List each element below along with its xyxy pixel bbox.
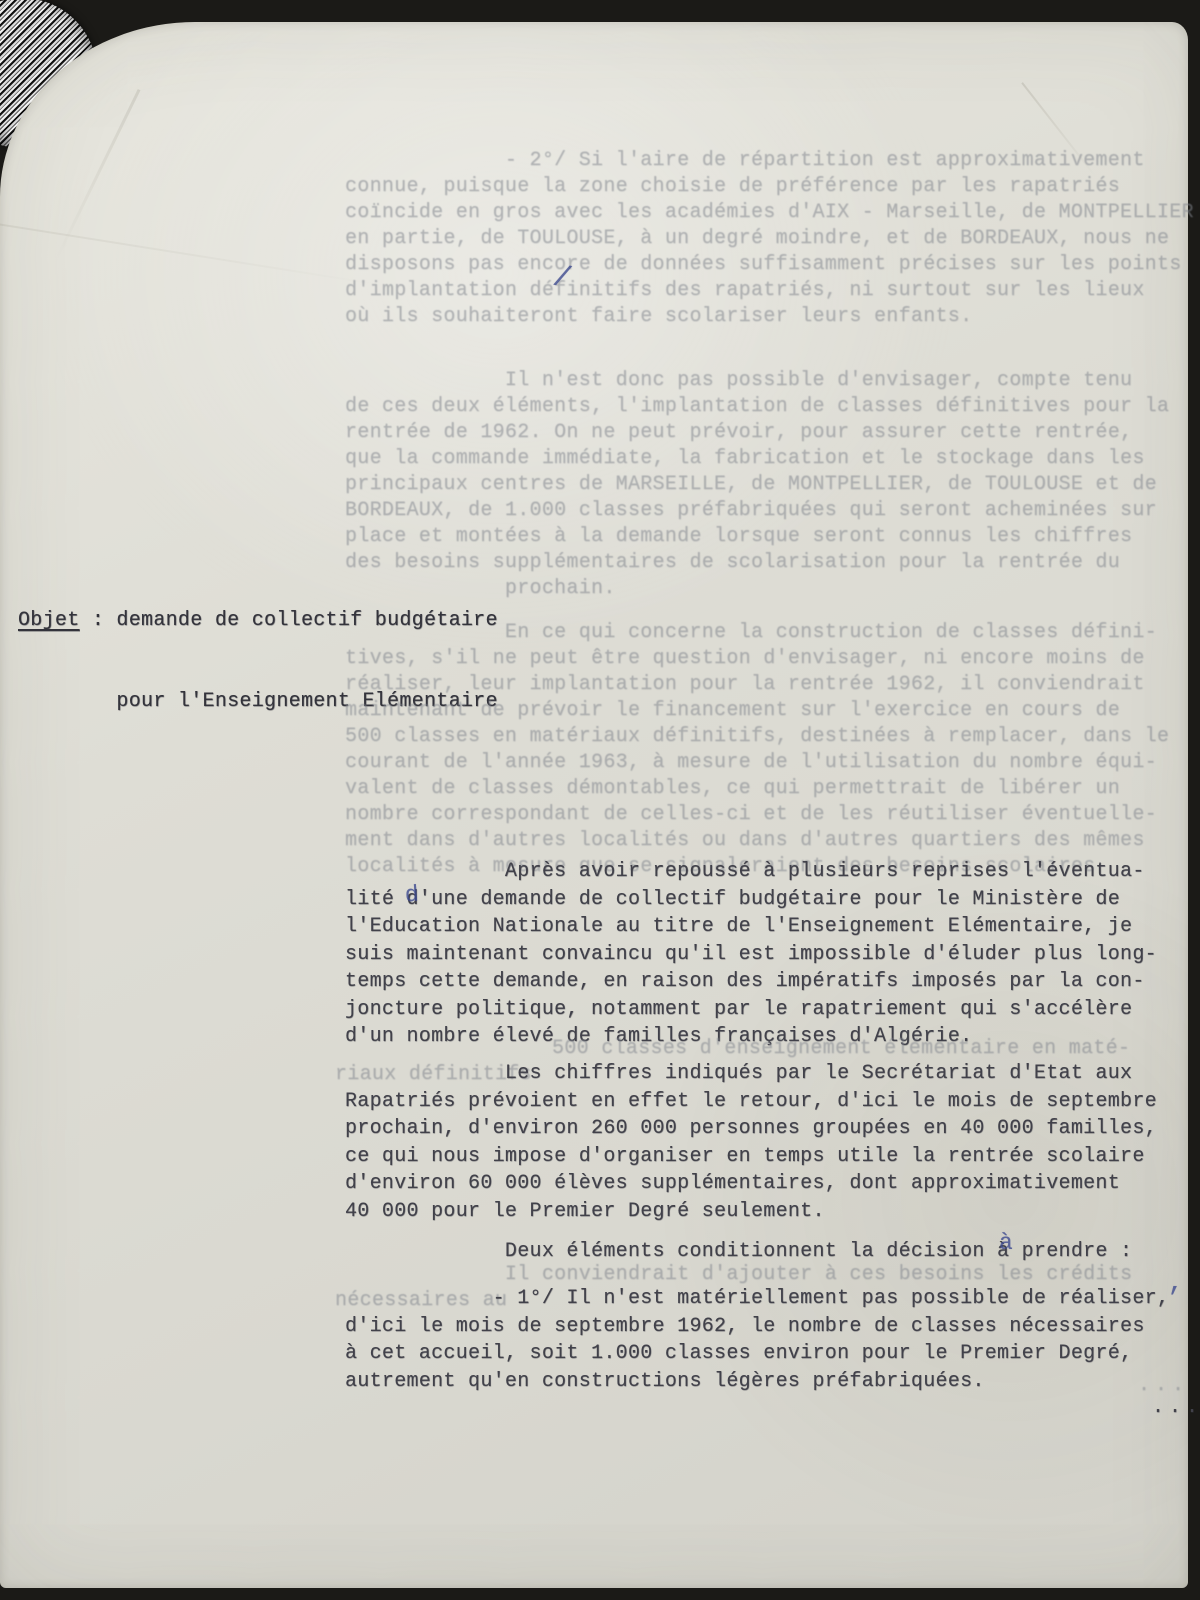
body-paragraph-2-line: 40 000 pour le Premier Degré seulement. [345, 1198, 1157, 1226]
bleedthrough-paragraph-2-line: que la commande immédiate, la fabricatio… [345, 446, 1169, 472]
bleedthrough-paragraph-1: - 2°/ Si l'aire de répartition est appro… [345, 148, 1194, 330]
body-paragraph-2-line: d'environ 60 000 élèves supplémentaires,… [345, 1170, 1157, 1198]
bleedthrough-paragraph-3-line: courant de l'année 1963, à mesure de l'u… [345, 750, 1169, 776]
text-layer: Objet : demande de collectif budgétaire … [0, 0, 1200, 1600]
bleedthrough-fragment-1: 500 classes d'enseignement élémentaire e… [552, 1036, 1130, 1062]
body-paragraph-1-line: suis maintenant convaincu qu'il est impo… [345, 941, 1157, 969]
bleedthrough-paragraph-3-line: tives, s'il ne peut être question d'envi… [345, 646, 1169, 672]
body-paragraph-2: Les chiffres indiqués par le Secrétariat… [345, 1060, 1157, 1225]
bleedthrough-paragraph-3-line: réaliser, leur implantation pour la rent… [345, 672, 1169, 698]
body-paragraph-2-line: prochain, d'environ 260 000 personnes gr… [345, 1115, 1157, 1143]
body-paragraph-4-line: autrement qu'en constructions légères pr… [345, 1368, 1169, 1396]
bleedthrough-paragraph-1-line: - 2°/ Si l'aire de répartition est appro… [345, 148, 1194, 174]
object-label: Objet [18, 609, 80, 632]
body-paragraph-4: - 1°/ Il n'est matériellement pas possib… [345, 1285, 1169, 1395]
ellipsis-dark: ... [1152, 1396, 1200, 1420]
bleedthrough-paragraph-3: En ce qui concerne la construction de cl… [345, 620, 1169, 880]
bleedthrough-paragraph-2-line: rentrée de 1962. On ne peut prévoir, pou… [345, 420, 1169, 446]
pen-annotation: d [404, 882, 420, 909]
body-paragraph-1: Après avoir repoussé à plusieurs reprise… [345, 858, 1157, 1051]
bleedthrough-paragraph-3-line: En ce qui concerne la construction de cl… [345, 620, 1169, 646]
bleedthrough-paragraph-1-line: en partie, de TOULOUSE, à un degré moind… [345, 226, 1194, 252]
bleedthrough-paragraph-3-line: maintenant de prévoir le financement sur… [345, 698, 1169, 724]
body-paragraph-2-line: Rapatriés prévoient en effet le retour, … [345, 1088, 1157, 1116]
bleedthrough-paragraph-2-line: BORDEAUX, de 1.000 classes préfabriquées… [345, 498, 1169, 524]
bleedthrough-paragraph-3-line: ment dans d'autres localités ou dans d'a… [345, 828, 1169, 854]
bleedthrough-paragraph-2: Il n'est donc pas possible d'envisager, … [345, 368, 1169, 602]
bleedthrough-paragraph-2-line: principaux centres de MARSEILLE, de MONT… [345, 472, 1169, 498]
body-paragraph-1-line: joncture politique, notamment par le rap… [345, 996, 1157, 1024]
bleedthrough-paragraph-1-line: connue, puisque la zone choisie de préfé… [345, 174, 1194, 200]
bleedthrough-paragraph-2-line: prochain. [345, 576, 1169, 602]
bleedthrough-paragraph-1-line: d'implantation définitifs des rapatriés,… [345, 278, 1194, 304]
bleedthrough-paragraph-2-line: de ces deux éléments, l'implantation de … [345, 394, 1169, 420]
ellipsis-faint: ... [1138, 1374, 1189, 1398]
ellipsis-faint-line: ... [1138, 1374, 1189, 1398]
bleedthrough-paragraph-1-line: coïncide en gros avec les académies d'AI… [345, 200, 1194, 226]
document-scan: Objet : demande de collectif budgétaire … [0, 0, 1200, 1600]
pen-annotation: à [999, 1230, 1013, 1256]
body-paragraph-1-line: l'Education Nationale au titre de l'Ense… [345, 913, 1157, 941]
body-paragraph-4-line: d'ici le mois de septembre 1962, le nomb… [345, 1313, 1169, 1341]
bleedthrough-paragraph-1-line: où ils souhaiteront faire scolariser leu… [345, 304, 1194, 330]
body-paragraph-2-line: Les chiffres indiqués par le Secrétariat… [345, 1060, 1157, 1088]
bleedthrough-paragraph-1-line: disposons pas encore de données suffisam… [345, 252, 1194, 278]
ellipsis-dark-line: ... [1152, 1396, 1200, 1420]
bleedthrough-paragraph-3-line: 500 classes en matériaux définitifs, des… [345, 724, 1169, 750]
body-paragraph-1-line: Après avoir repoussé à plusieurs reprise… [345, 858, 1157, 886]
body-paragraph-1-line: lité d'une demande de collectif budgétai… [345, 886, 1157, 914]
pen-annotation: , [1168, 1268, 1184, 1298]
bleedthrough-paragraph-2-line: des besoins supplémentaires de scolarisa… [345, 550, 1169, 576]
body-paragraph-4-line: à cet accueil, soit 1.000 classes enviro… [345, 1340, 1169, 1368]
body-paragraph-4-line: - 1°/ Il n'est matériellement pas possib… [345, 1285, 1169, 1313]
bleedthrough-fragment-1-line: 500 classes d'enseignement élémentaire e… [552, 1036, 1130, 1062]
bleedthrough-paragraph-2-line: place et montées à la demande lorsque se… [345, 524, 1169, 550]
bleedthrough-paragraph-2-line: Il n'est donc pas possible d'envisager, … [345, 368, 1169, 394]
body-paragraph-2-line: ce qui nous impose d'organiser en temps … [345, 1143, 1157, 1171]
bleedthrough-paragraph-3-line: nombre correspondant de celles-ci et de … [345, 802, 1169, 828]
bleedthrough-paragraph-3-line: valent de classes démontables, ce qui pe… [345, 776, 1169, 802]
body-paragraph-1-line: temps cette demande, en raison des impér… [345, 968, 1157, 996]
